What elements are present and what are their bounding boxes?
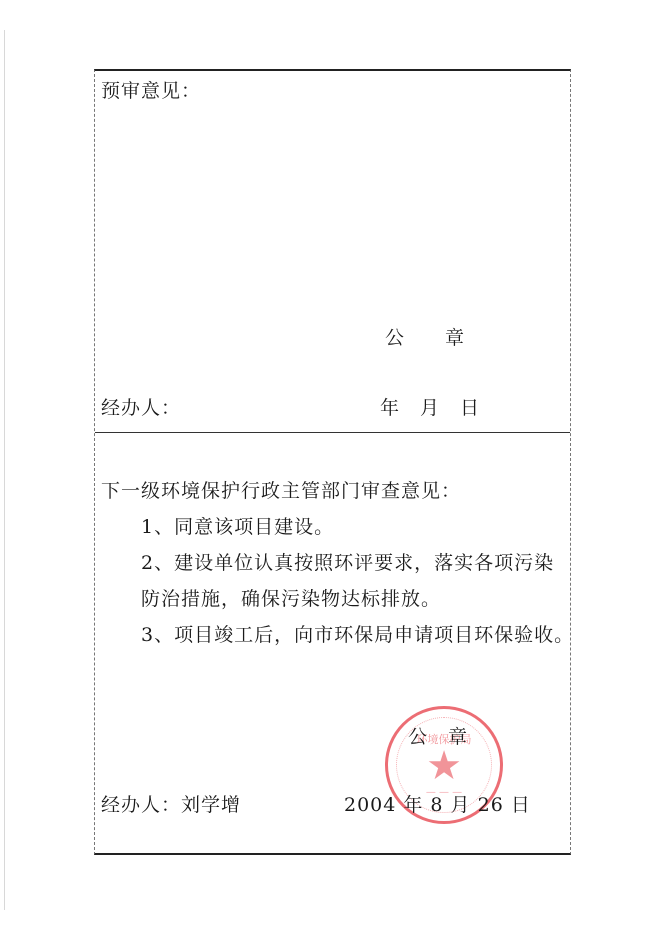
lower-review-date: 2004 年 8 月 26 日 — [344, 790, 531, 817]
scan-edge-line — [4, 30, 5, 910]
star-icon: ★ — [388, 743, 500, 789]
section-divider — [95, 432, 570, 433]
review-item-1: 1、同意该项目建设。 — [141, 512, 334, 539]
review-form-table — [94, 69, 571, 855]
review-item-2-cont: 防治措施，确保污染物达标排放。 — [141, 584, 441, 611]
lower-review-seal-label: 公 章 — [408, 722, 468, 749]
pre-review-heading: 预审意见： — [101, 76, 201, 103]
pre-review-seal-label: 公 章 — [385, 323, 465, 350]
lower-review-heading: 下一级环境保护行政主管部门审查意见： — [101, 476, 461, 503]
review-item-2: 2、建设单位认真按照环评要求，落实各项污染 — [141, 548, 554, 575]
pre-review-handler-label: 经办人： — [101, 393, 181, 420]
lower-review-handler: 经办人：刘学增 — [101, 790, 241, 817]
pre-review-date: 年 月 日 — [380, 393, 480, 420]
review-item-3: 3、项目竣工后，向市环保局申请项目环保验收。 — [141, 620, 574, 647]
